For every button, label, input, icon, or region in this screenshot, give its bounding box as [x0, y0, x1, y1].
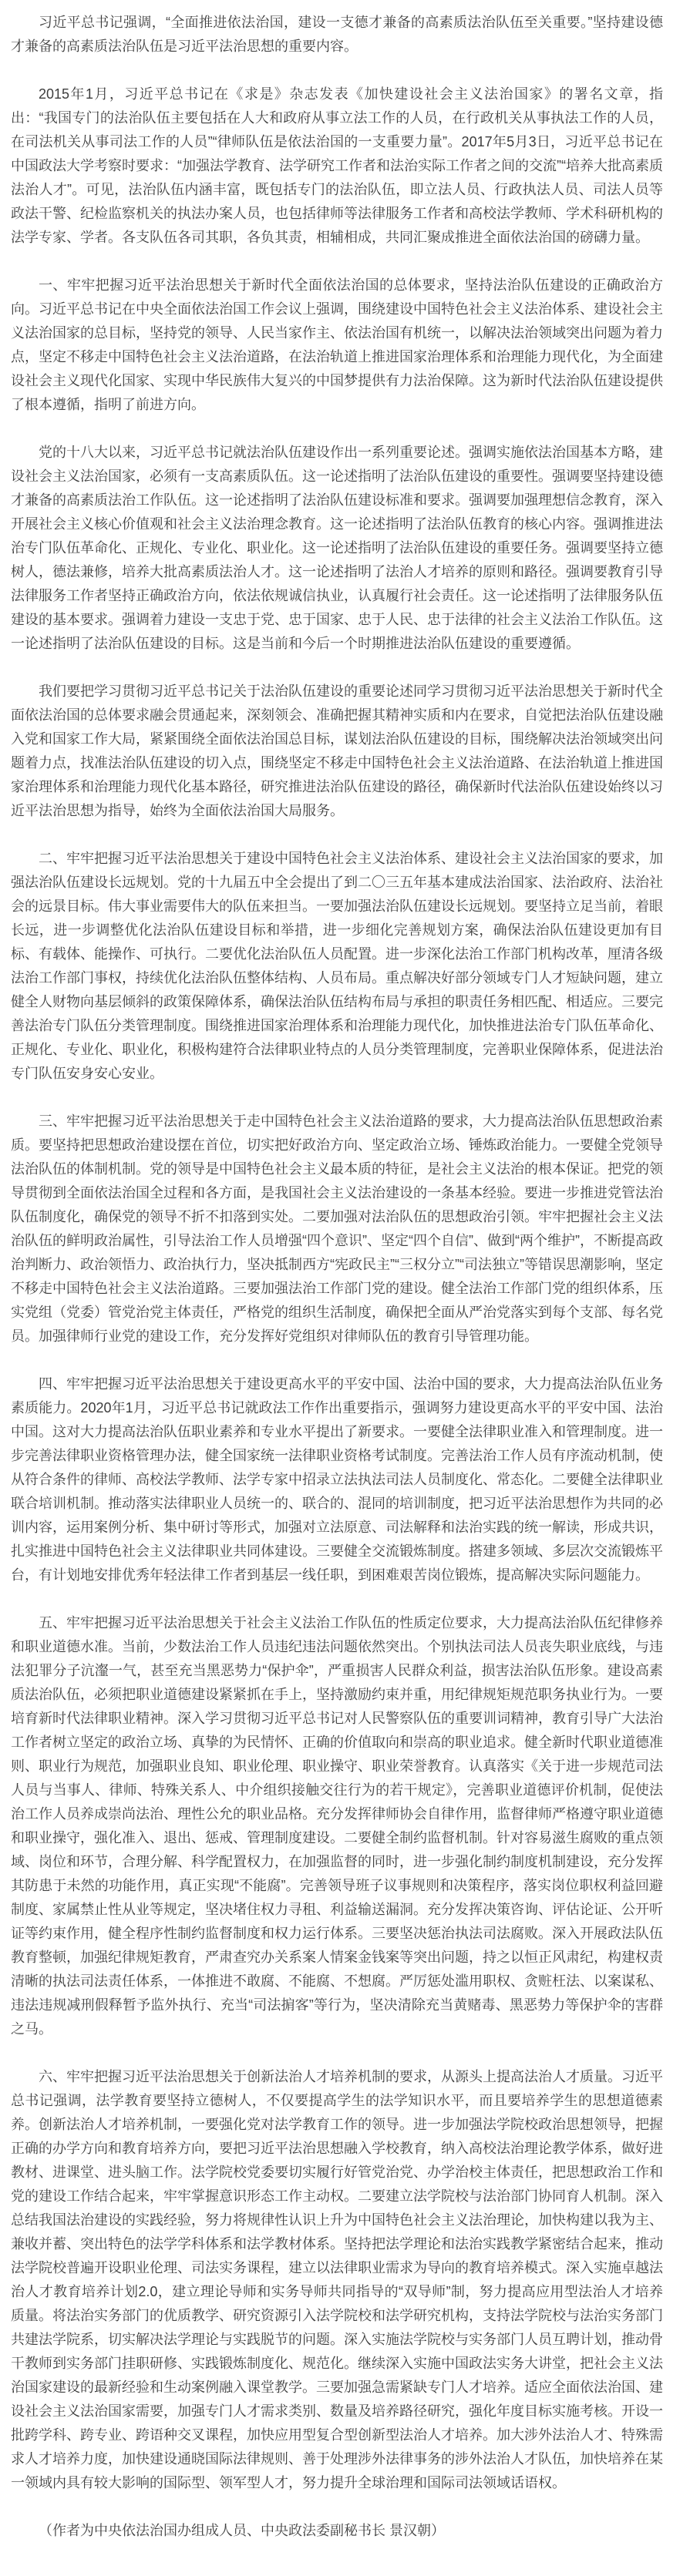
paragraph-section-6: 六、牢牢把握习近平法治思想关于创新法治人才培养机制的要求，从源头上提高法治人才质… [11, 2065, 663, 2495]
paragraph-background: 2015年1月，习近平总书记在《求是》杂志发表《加快建设社会主义法治国家》的署名… [11, 82, 663, 250]
article-body: 习近平总书记强调，“全面推进依法治国，建设一支德才兼备的高素质法治队伍至关重要。… [0, 0, 680, 2561]
paragraph-section-4: 四、牢牢把握习近平法治思想关于建设更高水平的平安中国、法治中国的要求，大力提高法… [11, 1372, 663, 1587]
paragraph-intro: 习近平总书记强调，“全面推进依法治国，建设一支德才兼备的高素质法治队伍至关重要。… [11, 11, 663, 59]
paragraph-section-1-conclusion: 我们要把学习贯彻习近平总书记关于法治队伍建设的重要论述同学习贯彻习近平法治思想关… [11, 680, 663, 823]
paragraph-section-5: 五、牢牢把握习近平法治思想关于社会主义法治工作队伍的性质定位要求，大力提高法治队… [11, 1611, 663, 2041]
author-attribution: （作者为中央依法治国办组成人员、中央政法委副秘书长 景汉朝） [11, 2519, 663, 2543]
paragraph-section-3: 三、牢牢把握习近平法治思想关于走中国特色社会主义法治道路的要求，大力提高法治队伍… [11, 1110, 663, 1348]
paragraph-section-2: 二、牢牢把握习近平法治思想关于建设中国特色社会主义法治体系、建设社会主义法治国家… [11, 847, 663, 1086]
paragraph-section-1-elaboration: 党的十八大以来，习近平总书记就法治队伍建设作出一系列重要论述。强调实施依法治国基… [11, 441, 663, 656]
paragraph-section-1: 一、牢牢把握习近平法治思想关于新时代全面依法治国的总体要求，坚持法治队伍建设的正… [11, 274, 663, 417]
